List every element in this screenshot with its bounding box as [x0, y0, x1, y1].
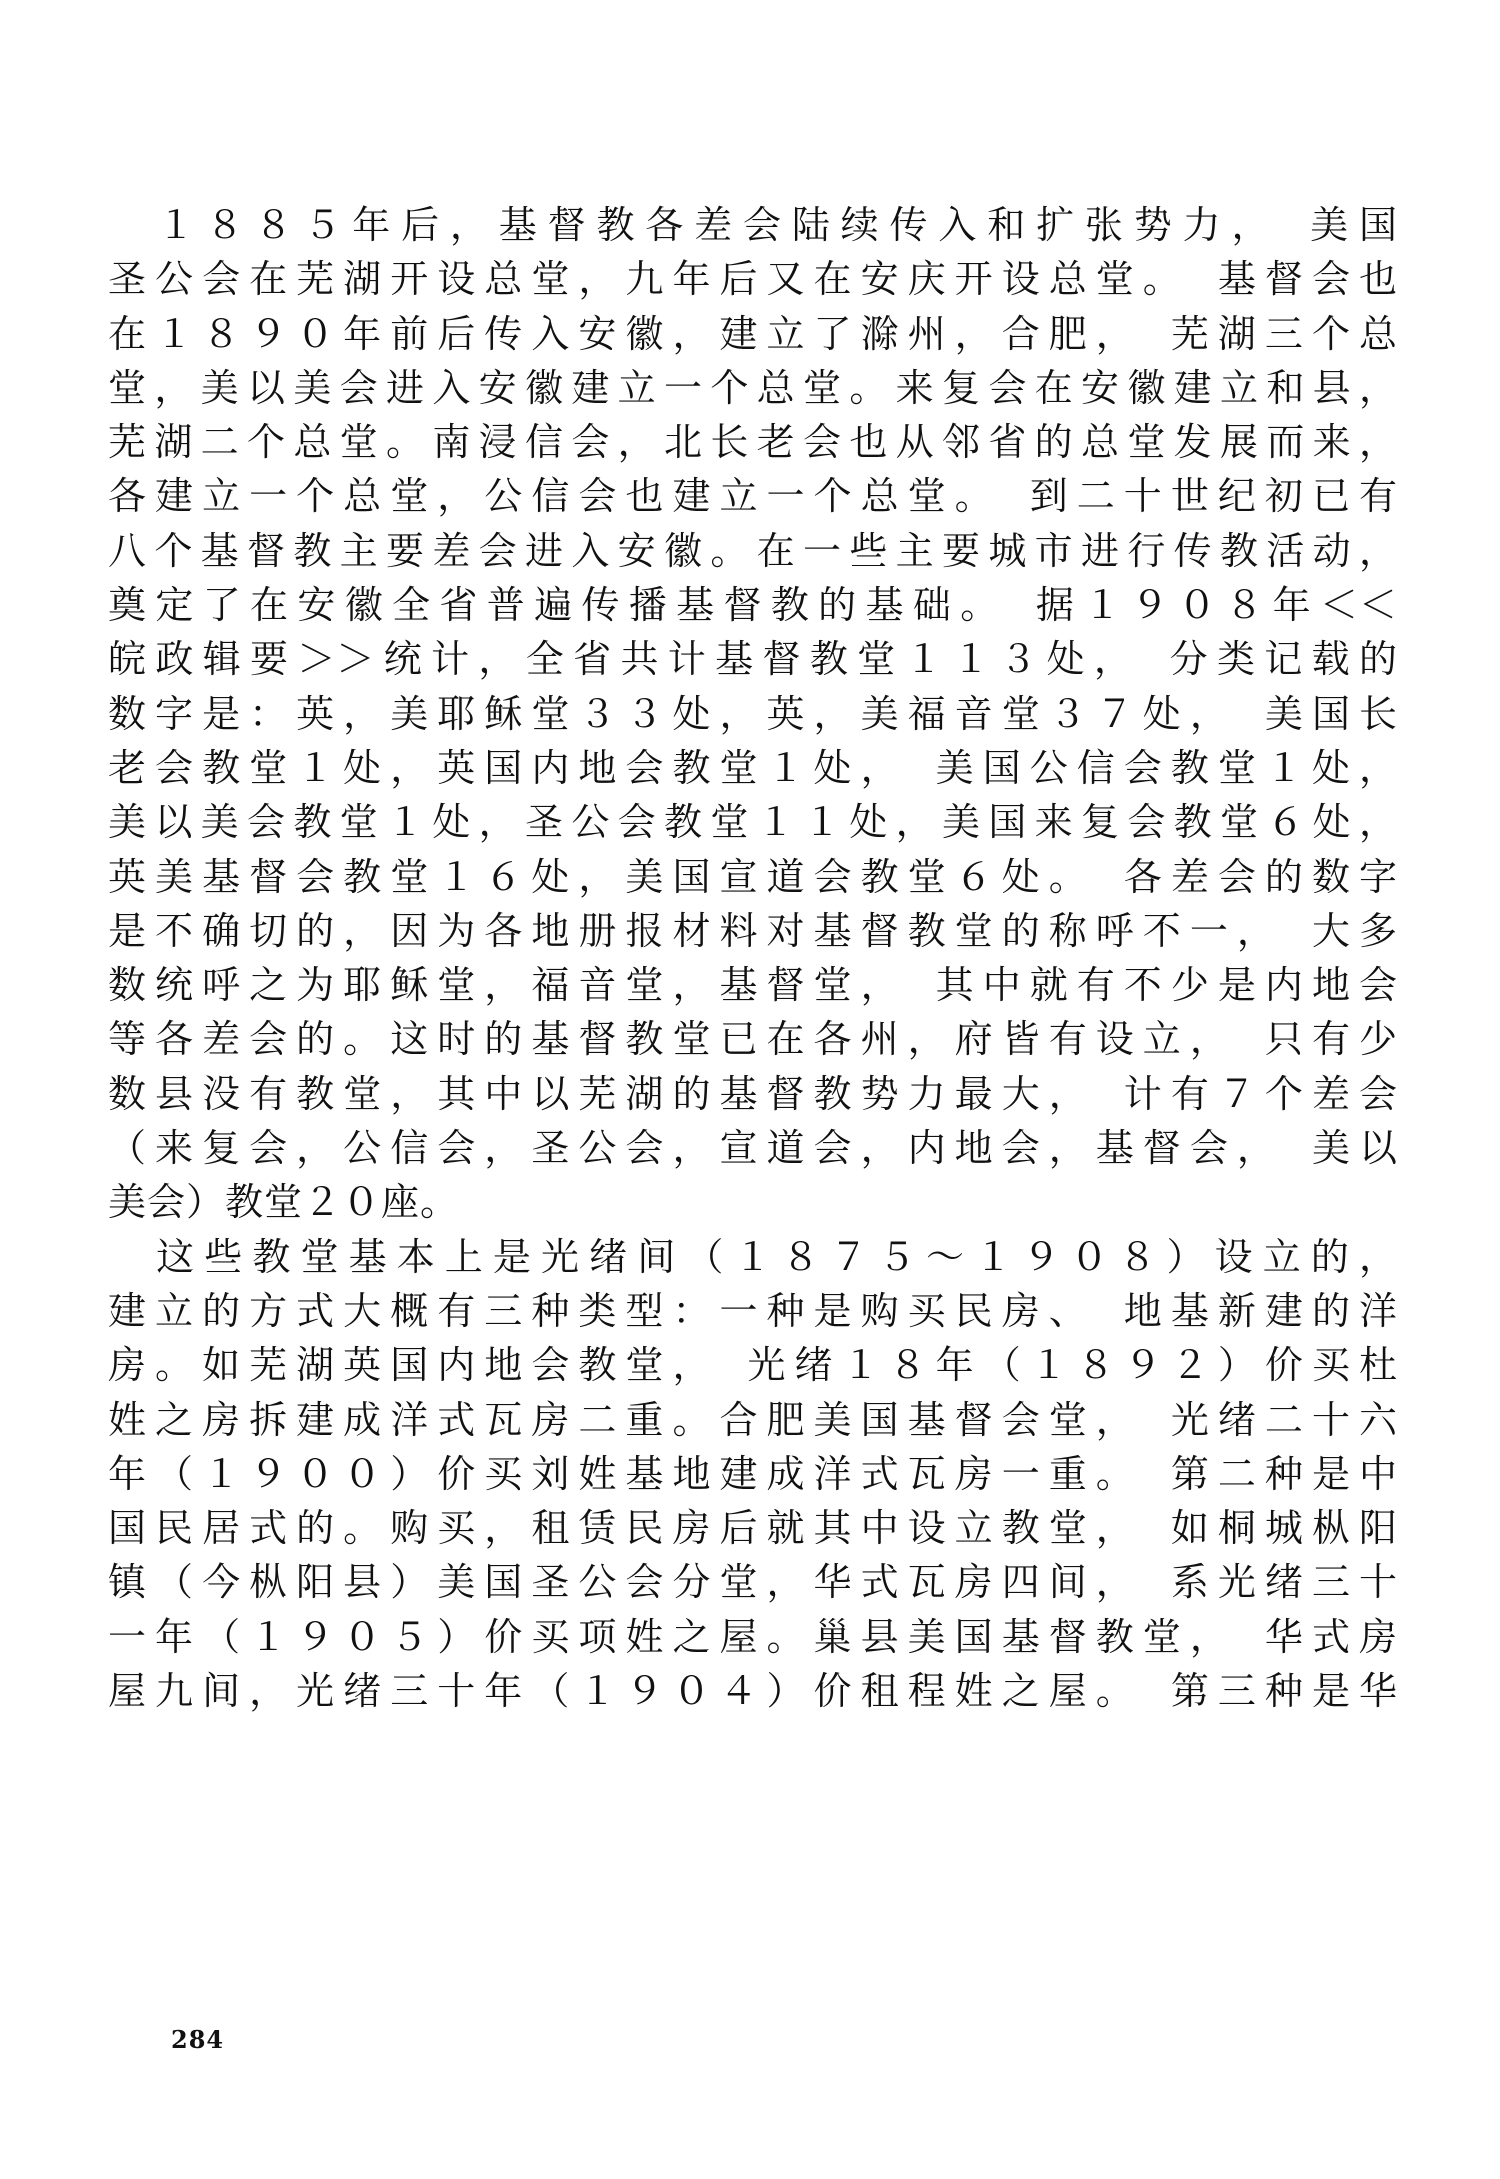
document-page: １８８５年后，基督教各差会陆续传入和扩张势力， 美国 圣公会在芜湖开设总堂，九年…	[0, 0, 1500, 2179]
text-line: 美以美会教堂１处，圣公会教堂１１处，美国来复会教堂６处，	[108, 795, 1398, 849]
text-line: 在１８９０年前后传入安徽，建立了滁州，合肥， 芜湖三个总	[108, 307, 1398, 361]
text-line: 镇（今枞阳县）美国圣公会分堂，华式瓦房四间， 系光绪三十	[108, 1555, 1398, 1609]
text-line: 等各差会的。这时的基督教堂已在各州，府皆有设立， 只有少	[108, 1012, 1398, 1066]
page-number: 284	[171, 2025, 224, 2054]
text-line: 数县没有教堂，其中以芜湖的基督教势力最大， 计有７个差会	[108, 1067, 1398, 1121]
text-line: 数统呼之为耶稣堂，福音堂，基督堂， 其中就有不少是内地会	[108, 958, 1398, 1012]
text-line: 一年（１９０５）价买项姓之屋。巢县美国基督教堂， 华式房	[108, 1610, 1398, 1664]
text-line: 屋九间，光绪三十年（１９０４）价租程姓之屋。 第三种是华	[108, 1664, 1398, 1718]
text-line: 姓之房拆建成洋式瓦房二重。合肥美国基督会堂， 光绪二十六	[108, 1393, 1398, 1447]
text-line: 年（１９００）价买刘姓基地建成洋式瓦房一重。 第二种是中	[108, 1447, 1398, 1501]
text-line: 数字是：英，美耶稣堂３３处，英，美福音堂３７处， 美国长	[108, 687, 1398, 741]
text-line: 老会教堂１处，英国内地会教堂１处， 美国公信会教堂１处，	[108, 741, 1398, 795]
text-line: 奠定了在安徽全省普遍传播基督教的基础。 据１９０８年＜＜	[108, 578, 1398, 632]
text-line: 建立的方式大概有三种类型：一种是购买民房、 地基新建的洋	[108, 1284, 1398, 1338]
text-line: 这些教堂基本上是光绪间（１８７５～１９０８）设立的，	[108, 1230, 1398, 1284]
text-line: 圣公会在芜湖开设总堂，九年后又在安庆开设总堂。 基督会也	[108, 252, 1398, 306]
text-line: 国民居式的。购买，租赁民房后就其中设立教堂， 如桐城枞阳	[108, 1501, 1398, 1555]
text-line: 堂，美以美会进入安徽建立一个总堂。来复会在安徽建立和县，	[108, 361, 1398, 415]
text-line: １８８５年后，基督教各差会陆续传入和扩张势力， 美国	[108, 198, 1398, 252]
text-line: 各建立一个总堂，公信会也建立一个总堂。 到二十世纪初已有	[108, 469, 1398, 523]
text-line: 英美基督会教堂１６处，美国宣道会教堂６处。 各差会的数字	[108, 850, 1398, 904]
body-text: １８８５年后，基督教各差会陆续传入和扩张势力， 美国 圣公会在芜湖开设总堂，九年…	[108, 198, 1398, 1718]
text-line: 房。如芜湖英国内地会教堂， 光绪１８年（１８９２）价买杜	[108, 1338, 1398, 1392]
text-line: 芜湖二个总堂。南浸信会，北长老会也从邻省的总堂发展而来，	[108, 415, 1398, 469]
text-line: 皖政辑要＞＞统计，全省共计基督教堂１１３处， 分类记载的	[108, 632, 1398, 686]
text-line: 八个基督教主要差会进入安徽。在一些主要城市进行传教活动，	[108, 524, 1398, 578]
text-line: 是不确切的，因为各地册报材料对基督教堂的称呼不一， 大多	[108, 904, 1398, 958]
text-line: 美会）教堂２０座。	[108, 1175, 1398, 1229]
text-line: （来复会，公信会，圣公会，宣道会，内地会，基督会， 美以	[108, 1121, 1398, 1175]
